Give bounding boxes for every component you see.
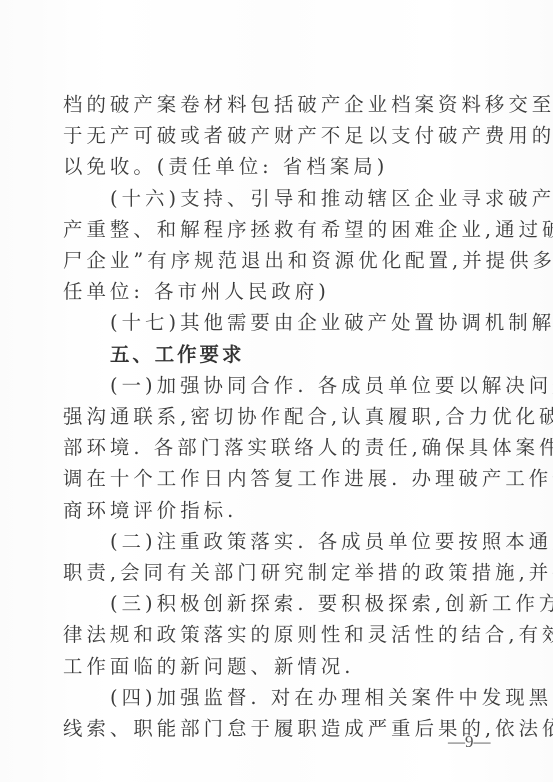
paragraph-archive-fees: 档的破产案卷材料包括破产企业档案资料移交至档案部门保管;对 于无产可破或者破产财… — [63, 89, 487, 183]
text-line: 尸企业”有序规范退出和资源优化配置,并提供多方政策支持.(责 — [63, 245, 487, 276]
paragraph-item-16: (十六)支持、引导和推动辖区企业寻求破产保护。通过破 产重整、和解程序拯救有希望… — [63, 183, 487, 308]
text-line: (三)积极创新探索. 要积极探索,创新工作方法,注重法 — [63, 588, 487, 619]
requirement-1: (一)加强协同合作. 各成员单位要以解决问题为导向,加 强沟通联系,密切协作配合… — [63, 370, 487, 526]
text-line: 任单位: 各市州人民政府) — [63, 276, 487, 307]
requirement-4: (四)加强监督. 对在办理相关案件中发现黑恶势力保护伞 线索、职能部门怠于履职造… — [63, 682, 487, 744]
document-page: 档的破产案卷材料包括破产企业档案资料移交至档案部门保管;对 于无产可破或者破产财… — [0, 0, 553, 782]
text-line: 商环境评价指标. — [63, 495, 487, 526]
paragraph-item-17: (十七)其他需要由企业破产处置协调机制解决的事宜. — [63, 307, 487, 338]
text-line: 部环境. 各部门落实联络人的责任,确保具体案件处理、政策协 — [63, 432, 487, 463]
section-heading: 五、工作要求 — [63, 339, 487, 370]
requirement-2: (二)注重政策落实. 各成员单位要按照本通知明确的工作 职责,会同有关部门研究制… — [63, 526, 487, 588]
document-body: 档的破产案卷材料包括破产企业档案资料移交至档案部门保管;对 于无产可破或者破产财… — [63, 89, 487, 744]
text-line: (十六)支持、引导和推动辖区企业寻求破产保护。通过破 — [63, 183, 487, 214]
page-number: —9— — [448, 732, 491, 752]
text-line: 产重整、和解程序拯救有希望的困难企业,通过破产清算推动“僵 — [63, 214, 487, 245]
text-line: (四)加强监督. 对在办理相关案件中发现黑恶势力保护伞 — [63, 682, 487, 713]
text-line: (二)注重政策落实. 各成员单位要按照本通知明确的工作 — [63, 526, 487, 557]
text-line: 以免收。(责任单位: 省档案局) — [63, 151, 487, 182]
text-line: 强沟通联系,密切协作配合,认真履职,合力优化破产工作的外 — [63, 401, 487, 432]
text-line: 调在十个工作日内答复工作进展. 办理破产工作情况纳入我省营 — [63, 463, 487, 494]
requirement-3: (三)积极创新探索. 要积极探索,创新工作方法,注重法 律法规和政策落实的原则性… — [63, 588, 487, 682]
text-line: 职责,会同有关部门研究制定举措的政策措施,并抓好落实. — [63, 557, 487, 588]
text-line: 律法规和政策落实的原则性和灵活性的结合,有效处理破产处置 — [63, 619, 487, 650]
text-line: 工作面临的新问题、新情况. — [63, 651, 487, 682]
text-line: 档的破产案卷材料包括破产企业档案资料移交至档案部门保管;对 — [63, 89, 487, 120]
text-line: (一)加强协同合作. 各成员单位要以解决问题为导向,加 — [63, 370, 487, 401]
text-line: 于无产可破或者破产财产不足以支付破产费用的案件保管费用予 — [63, 120, 487, 151]
text-line: (十七)其他需要由企业破产处置协调机制解决的事宜. — [63, 307, 487, 338]
text-line: 线索、职能部门怠于履职造成严重后果的,依法依规予以查处. — [63, 713, 487, 744]
